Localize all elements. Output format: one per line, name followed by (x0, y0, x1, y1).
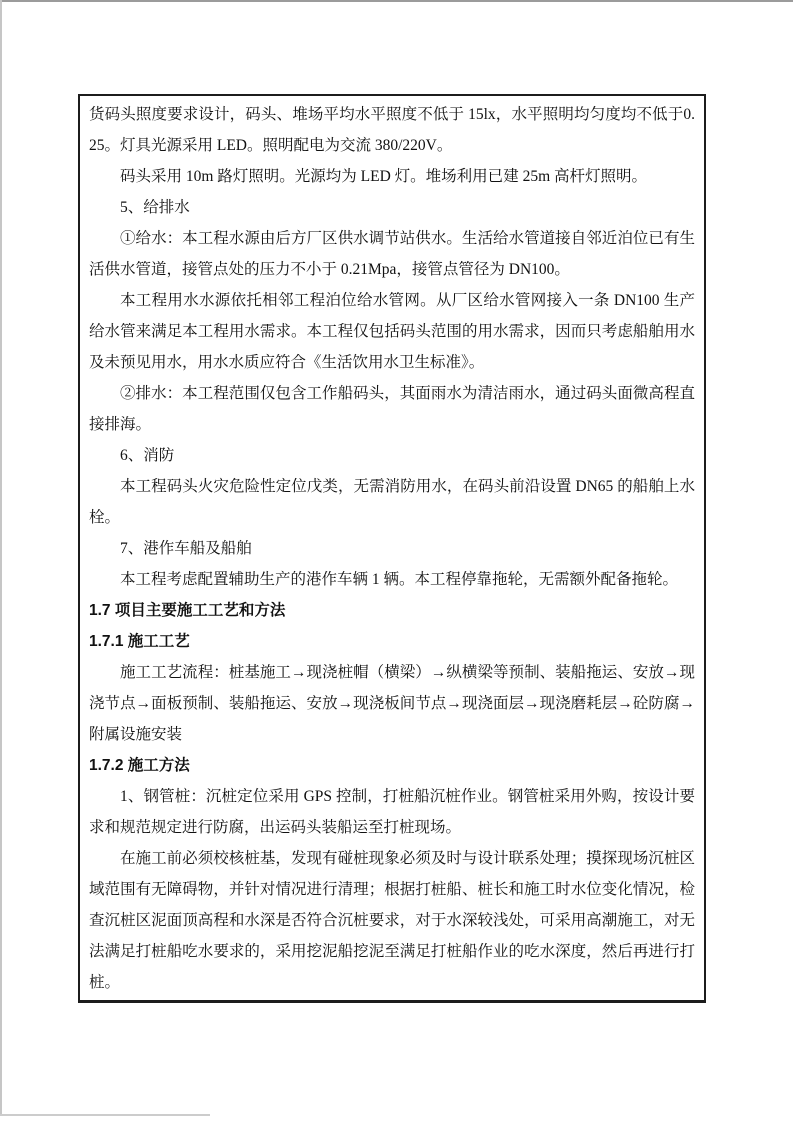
subsection-heading-1-7-2: 1.7.2 施工方法 (89, 750, 695, 781)
paragraph-drainage: ②排水：本工程范围仅包含工作船码头，其面雨水为清洁雨水，通过码头面微高程直接排海… (89, 378, 695, 440)
list-heading-fire-protection: 6、消防 (89, 440, 695, 471)
paragraph-steel-pipe-pile: 1、钢管桩：沉桩定位采用 GPS 控制，打桩船沉桩作业。钢管桩采用外购，按设计要… (89, 781, 695, 843)
paragraph-water-supply: ①给水：本工程水源由后方厂区供水调节站供水。生活给水管道接自邻近泊位已有生活供水… (89, 223, 695, 285)
document-table-cell: 货码头照度要求设计，码头、堆场平均水平照度不低于 15lx，水平照明均匀度均不低… (78, 94, 706, 1003)
paragraph-lighting-design-continued: 货码头照度要求设计，码头、堆场平均水平照度不低于 15lx，水平照明均匀度均不低… (89, 99, 695, 161)
paragraph-construction-process-flow: 施工工艺流程：桩基施工→现浇桩帽（横梁）→纵横梁等预制、装船拖运、安放→现浇节点… (89, 657, 695, 750)
paragraph-port-vehicles-ships: 本工程考虑配置辅助生产的港作车辆 1 辆。本工程停靠拖轮，无需额外配备拖轮。 (89, 564, 695, 595)
paragraph-pile-foundation-check: 在施工前必须校核桩基，发现有碰桩现象必须及时与设计联系处理；摸探现场沉桩区域范围… (89, 843, 695, 998)
paragraph-production-water: 本工程用水水源依托相邻工程泊位给水管网。从厂区给水管网接入一条 DN100 生产… (89, 285, 695, 378)
subsection-heading-1-7-1: 1.7.1 施工工艺 (89, 626, 695, 657)
list-heading-port-vehicles-ships: 7、港作车船及船舶 (89, 533, 695, 564)
paragraph-fire-protection: 本工程码头火灾危险性定位戊类，无需消防用水，在码头前沿设置 DN65 的船舶上水… (89, 471, 695, 533)
section-heading-1-7: 1.7 项目主要施工工艺和方法 (89, 595, 695, 626)
list-heading-water-supply-drainage: 5、给排水 (89, 192, 695, 223)
page-top-edge-rule (0, 0, 793, 2)
page-left-edge-rule (0, 0, 2, 1116)
page-bottom-edge-rule (0, 1114, 210, 1116)
paragraph-road-lamp-lighting: 码头采用 10m 路灯照明。光源均为 LED 灯。堆场利用已建 25m 高杆灯照… (89, 161, 695, 192)
